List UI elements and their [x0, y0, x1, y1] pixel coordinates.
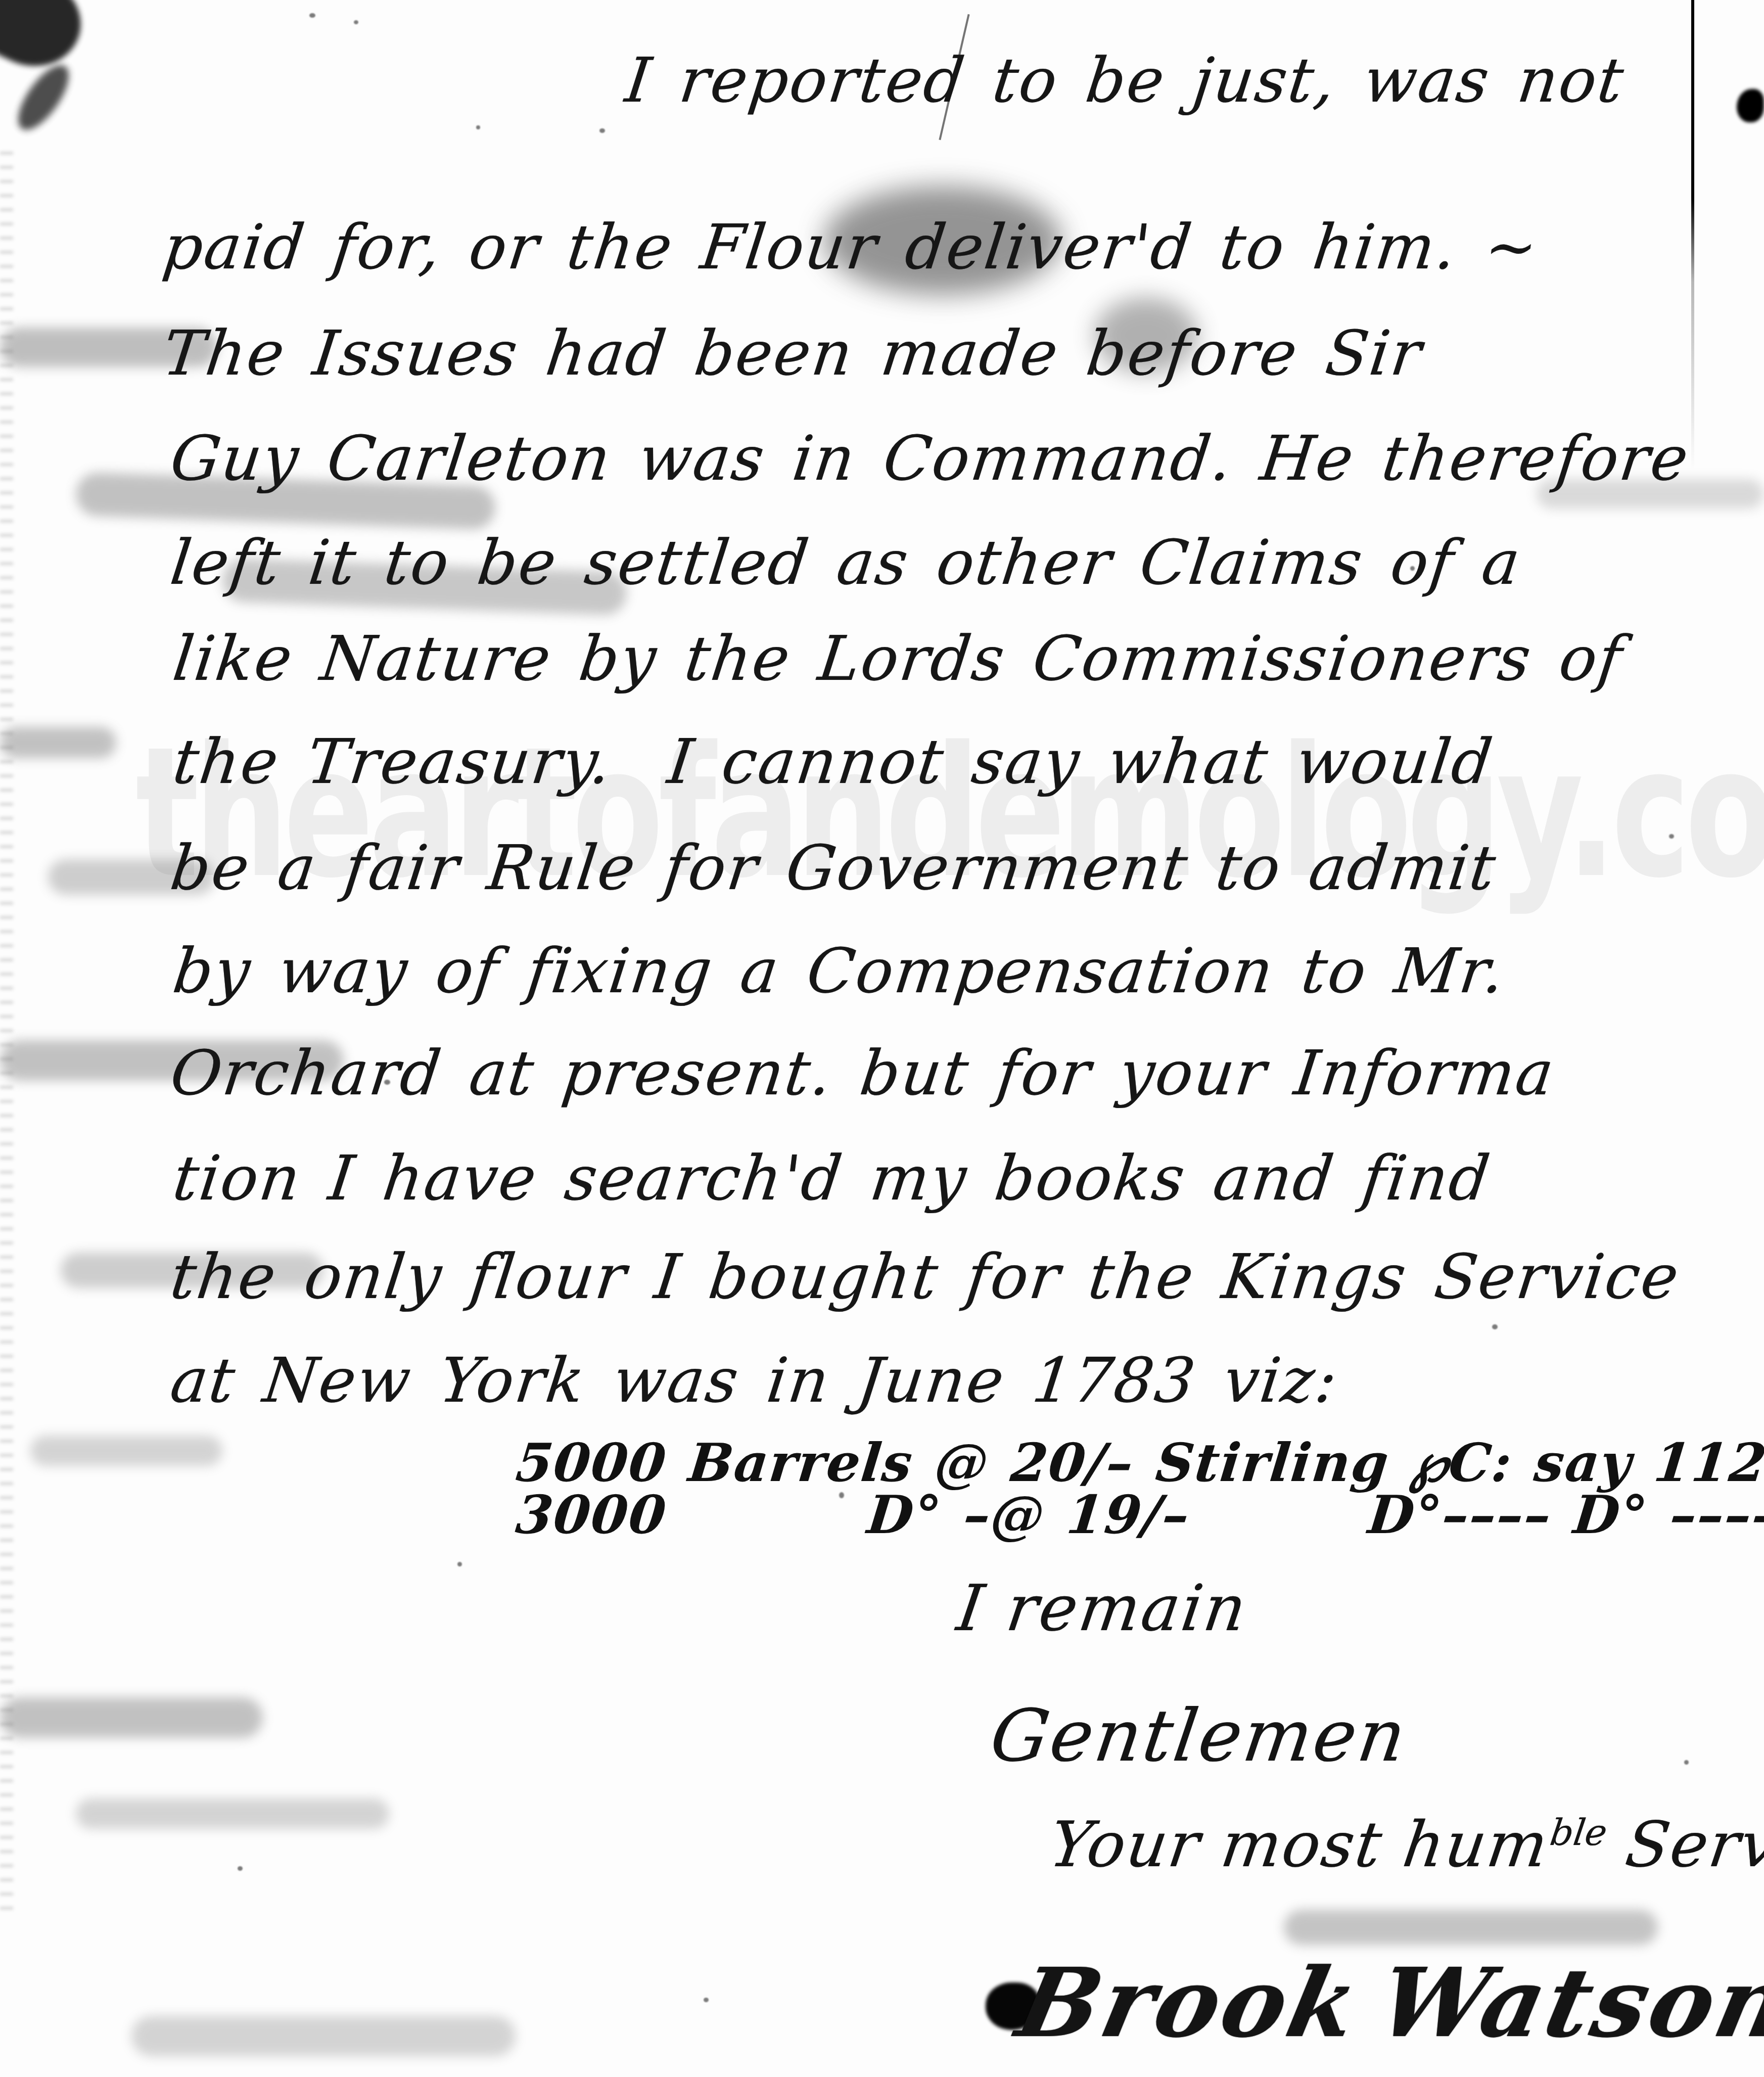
closing-your-most-humble-servant: Your most humble Servt:: [1045, 1809, 1764, 1881]
ink-speck: [1492, 1324, 1498, 1329]
ink-speck: [457, 1562, 462, 1566]
closing-i-remain: I remain: [953, 1571, 1252, 1645]
letter-line: Guy Carleton was in Command. He therefor…: [167, 423, 1693, 494]
page-fold-line: [1691, 0, 1694, 470]
ink-speck: [238, 1866, 243, 1871]
ink-speck: [1684, 1760, 1689, 1765]
ink-speck: [476, 125, 480, 129]
bleed-through-streak: [0, 1697, 263, 1738]
figures-line-3000-ditto: 3000 D° –@ 19/– D°–––– D° –––– D°: [513, 1484, 1764, 1546]
letter-line: left it to be settled as other Claims of…: [167, 527, 1525, 598]
bleed-through-streak: [30, 1436, 222, 1466]
ink-blot: [1737, 89, 1764, 122]
bleed-through-streak: [0, 727, 116, 758]
ink-speck: [599, 128, 605, 133]
letter-line: paid for, or the Flour deliver'd to him.…: [159, 211, 1543, 283]
letter-line: the Treasury. I cannot say what would: [169, 726, 1498, 798]
servant-text: Your most hum: [1045, 1809, 1554, 1881]
ink-smudge: [0, 0, 95, 82]
servant-superscript: ble: [1547, 1811, 1609, 1854]
closing-gentlemen: Gentlemen: [986, 1694, 1413, 1778]
ink-smudge: [9, 58, 78, 137]
left-edge-speckle-band: [0, 152, 13, 1921]
bleed-through-streak: [131, 2016, 516, 2056]
letter-line: at New York was in June 1783 viz:: [167, 1345, 1342, 1416]
bleed-through-streak: [76, 1798, 389, 1829]
letter-line: tion I have search'd my books and find: [169, 1142, 1495, 1214]
ink-speck: [704, 1998, 709, 2002]
letter-line: be a fair Rule for Government to admit: [167, 832, 1501, 904]
signature-brook-watson: Brook Watson: [1008, 1947, 1764, 2059]
servant-text: Serv: [1600, 1809, 1764, 1881]
letter-line: Orchard at present. but for your Informa: [167, 1037, 1559, 1109]
bleed-through-streak: [1284, 1910, 1658, 1945]
ink-speck: [309, 13, 315, 18]
letter-line: The Issues had been made before Sir: [159, 317, 1427, 389]
letter-line: by way of fixing a Compensation to Mr.: [169, 935, 1510, 1007]
letter-scan-page: theartofandemology.co.uk I reported to b…: [0, 0, 1764, 2077]
letter-line: the only flour I bought for the Kings Se…: [167, 1241, 1684, 1313]
letter-line: I reported to be just, was not: [622, 44, 1629, 116]
ink-speck: [354, 20, 358, 24]
letter-line: like Nature by the Lords Commissioners o…: [169, 623, 1627, 695]
